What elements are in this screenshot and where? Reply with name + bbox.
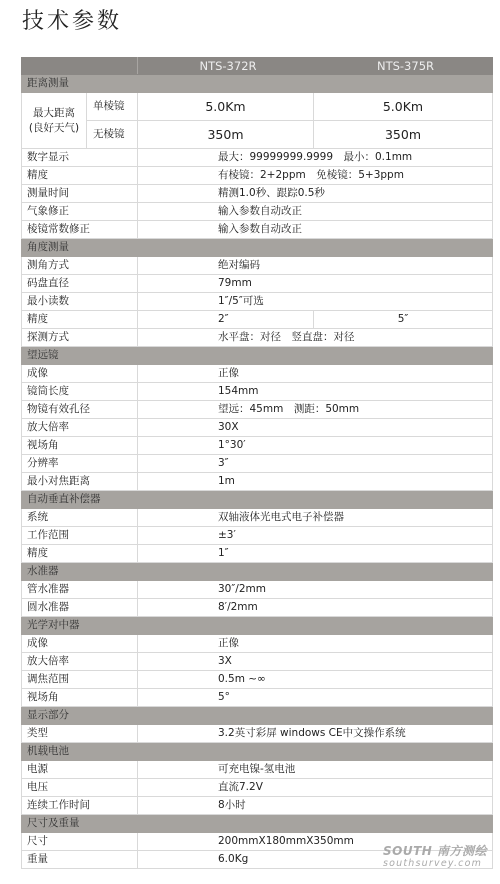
table-row: 最小对焦距离1m <box>22 473 493 491</box>
table-row: 精度 2″ 5″ <box>22 311 493 329</box>
table-row: 测量时间精测1.0秒、跟踪0.5秒 <box>22 185 493 203</box>
table-row: 最小读数1″/5″可选 <box>22 293 493 311</box>
table-row: 工作范围±3′ <box>22 527 493 545</box>
row-value: 1″ <box>138 545 493 563</box>
row-value: 精测1.0秒、跟踪0.5秒 <box>138 185 493 203</box>
section-header: 机载电池 <box>22 743 493 761</box>
row-value: 8小时 <box>138 797 493 815</box>
table-row: 探测方式水平盘：对径 竖直盘：对径 <box>22 329 493 347</box>
section-header: 角度测量 <box>22 239 493 257</box>
row-value: 30X <box>138 419 493 437</box>
row-label: 精度 <box>22 311 138 329</box>
row-value: 可充电镍-氢电池 <box>138 761 493 779</box>
watermark-url: southsurvey.com <box>383 858 489 869</box>
table-row: 电压直流7.2V <box>22 779 493 797</box>
row-label: 重量 <box>22 851 138 869</box>
row-label: 放大倍率 <box>22 653 138 671</box>
table-row: 分辨率3″ <box>22 455 493 473</box>
table-row: 数字显示最大：99999999.9999 最小：0.1mm <box>22 149 493 167</box>
table-row: 气象修正输入参数自动改正 <box>22 203 493 221</box>
header-blank <box>22 58 138 75</box>
section-header: 尺寸及重量 <box>22 815 493 833</box>
table-row: 电源可充电镍-氢电池 <box>22 761 493 779</box>
row-value: 水平盘：对径 竖直盘：对径 <box>138 329 493 347</box>
cell-value: 5″ <box>314 311 493 329</box>
row-value: 3X <box>138 653 493 671</box>
table-row: 精度有棱镜：2+2ppm 免棱镜：5+3ppm <box>22 167 493 185</box>
row-value: 79mm <box>138 275 493 293</box>
cell-value: 5.0Km <box>314 93 493 121</box>
row-label: 最小对焦距离 <box>22 473 138 491</box>
row-value: 有棱镜：2+2ppm 免棱镜：5+3ppm <box>138 167 493 185</box>
row-label: 圆水准器 <box>22 599 138 617</box>
table-row: 类型3.2英寸彩屏 windows CE中文操作系统 <box>22 725 493 743</box>
page-title: 技术参数 <box>22 4 122 35</box>
row-label: 调焦范围 <box>22 671 138 689</box>
table-row: 最大距离(良好天气) 单棱镜 5.0Km 5.0Km <box>22 93 493 121</box>
table-row: 视场角5° <box>22 689 493 707</box>
row-value: 绝对编码 <box>138 257 493 275</box>
row-label: 尺寸 <box>22 833 138 851</box>
table-row: 放大倍率30X <box>22 419 493 437</box>
row-value: 输入参数自动改正 <box>138 203 493 221</box>
row-label: 探测方式 <box>22 329 138 347</box>
row-label: 最小读数 <box>22 293 138 311</box>
table-row: 精度1″ <box>22 545 493 563</box>
section-header: 自动垂直补偿器 <box>22 491 493 509</box>
row-label: 棱镜常数修正 <box>22 221 138 239</box>
row-label: 视场角 <box>22 437 138 455</box>
row-label: 分辨率 <box>22 455 138 473</box>
watermark-brand: SOUTH 南方测绘 <box>383 842 489 859</box>
table-row: 连续工作时间8小时 <box>22 797 493 815</box>
table-row: 棱镜常数修正输入参数自动改正 <box>22 221 493 239</box>
table-row: 成像正像 <box>22 635 493 653</box>
row-value: 输入参数自动改正 <box>138 221 493 239</box>
model-375r-header: NTS-375R <box>314 58 493 75</box>
row-label: 气象修正 <box>22 203 138 221</box>
row-value: 3″ <box>138 455 493 473</box>
row-value: 30″/2mm <box>138 581 493 599</box>
table-header-row: NTS-372R NTS-375R <box>22 58 493 75</box>
row-value: 直流7.2V <box>138 779 493 797</box>
row-label: 连续工作时间 <box>22 797 138 815</box>
south-logo-watermark: SOUTH 南方测绘 southsurvey.com <box>383 842 489 869</box>
table-row: 码盘直径79mm <box>22 275 493 293</box>
row-label: 放大倍率 <box>22 419 138 437</box>
row-label: 成像 <box>22 635 138 653</box>
row-label: 成像 <box>22 365 138 383</box>
row-label: 系统 <box>22 509 138 527</box>
row-value: 0.5m ~∞ <box>138 671 493 689</box>
row-value: 154mm <box>138 383 493 401</box>
row-label: 单棱镜 <box>87 93 138 121</box>
row-label: 镜筒长度 <box>22 383 138 401</box>
table-row: 圆水准器8′/2mm <box>22 599 493 617</box>
row-value: 正像 <box>138 635 493 653</box>
row-value: 最大：99999999.9999 最小：0.1mm <box>138 149 493 167</box>
row-value: 双轴液体光电式电子补偿器 <box>138 509 493 527</box>
table-row: 镜筒长度154mm <box>22 383 493 401</box>
row-value: ±3′ <box>138 527 493 545</box>
row-value: 1m <box>138 473 493 491</box>
table-row: 视场角1°30′ <box>22 437 493 455</box>
row-label: 工作范围 <box>22 527 138 545</box>
row-value: 正像 <box>138 365 493 383</box>
table-row: 调焦范围0.5m ~∞ <box>22 671 493 689</box>
table-row: 物镜有效孔径望远：45mm 测距：50mm <box>22 401 493 419</box>
row-label: 视场角 <box>22 689 138 707</box>
section-header: 距离测量 <box>22 75 493 93</box>
max-distance-label: 最大距离(良好天气) <box>22 93 87 149</box>
table-row: 放大倍率3X <box>22 653 493 671</box>
section-header: 光学对中器 <box>22 617 493 635</box>
table-row: 管水准器30″/2mm <box>22 581 493 599</box>
spec-table: NTS-372R NTS-375R 距离测量 最大距离(良好天气) 单棱镜 5.… <box>21 57 493 869</box>
row-value: 3.2英寸彩屏 windows CE中文操作系统 <box>138 725 493 743</box>
row-label: 测角方式 <box>22 257 138 275</box>
row-label: 类型 <box>22 725 138 743</box>
row-label: 管水准器 <box>22 581 138 599</box>
row-value: 1°30′ <box>138 437 493 455</box>
section-header: 望远镜 <box>22 347 493 365</box>
row-label: 无棱镜 <box>87 121 138 149</box>
cell-value: 5.0Km <box>138 93 314 121</box>
table-row: 系统双轴液体光电式电子补偿器 <box>22 509 493 527</box>
row-label: 电压 <box>22 779 138 797</box>
section-header: 显示部分 <box>22 707 493 725</box>
table-row: 无棱镜 350m 350m <box>22 121 493 149</box>
cell-value: 350m <box>314 121 493 149</box>
table-row: 成像正像 <box>22 365 493 383</box>
cell-value: 2″ <box>138 311 314 329</box>
row-value: 5° <box>138 689 493 707</box>
row-label: 精度 <box>22 545 138 563</box>
row-value: 8′/2mm <box>138 599 493 617</box>
model-372r-header: NTS-372R <box>138 58 314 75</box>
row-label: 码盘直径 <box>22 275 138 293</box>
row-value: 望远：45mm 测距：50mm <box>138 401 493 419</box>
row-label: 测量时间 <box>22 185 138 203</box>
row-label: 精度 <box>22 167 138 185</box>
section-header: 水准器 <box>22 563 493 581</box>
row-value: 1″/5″可选 <box>138 293 493 311</box>
table-row: 测角方式绝对编码 <box>22 257 493 275</box>
row-label: 数字显示 <box>22 149 138 167</box>
row-label: 物镜有效孔径 <box>22 401 138 419</box>
row-label: 电源 <box>22 761 138 779</box>
cell-value: 350m <box>138 121 314 149</box>
